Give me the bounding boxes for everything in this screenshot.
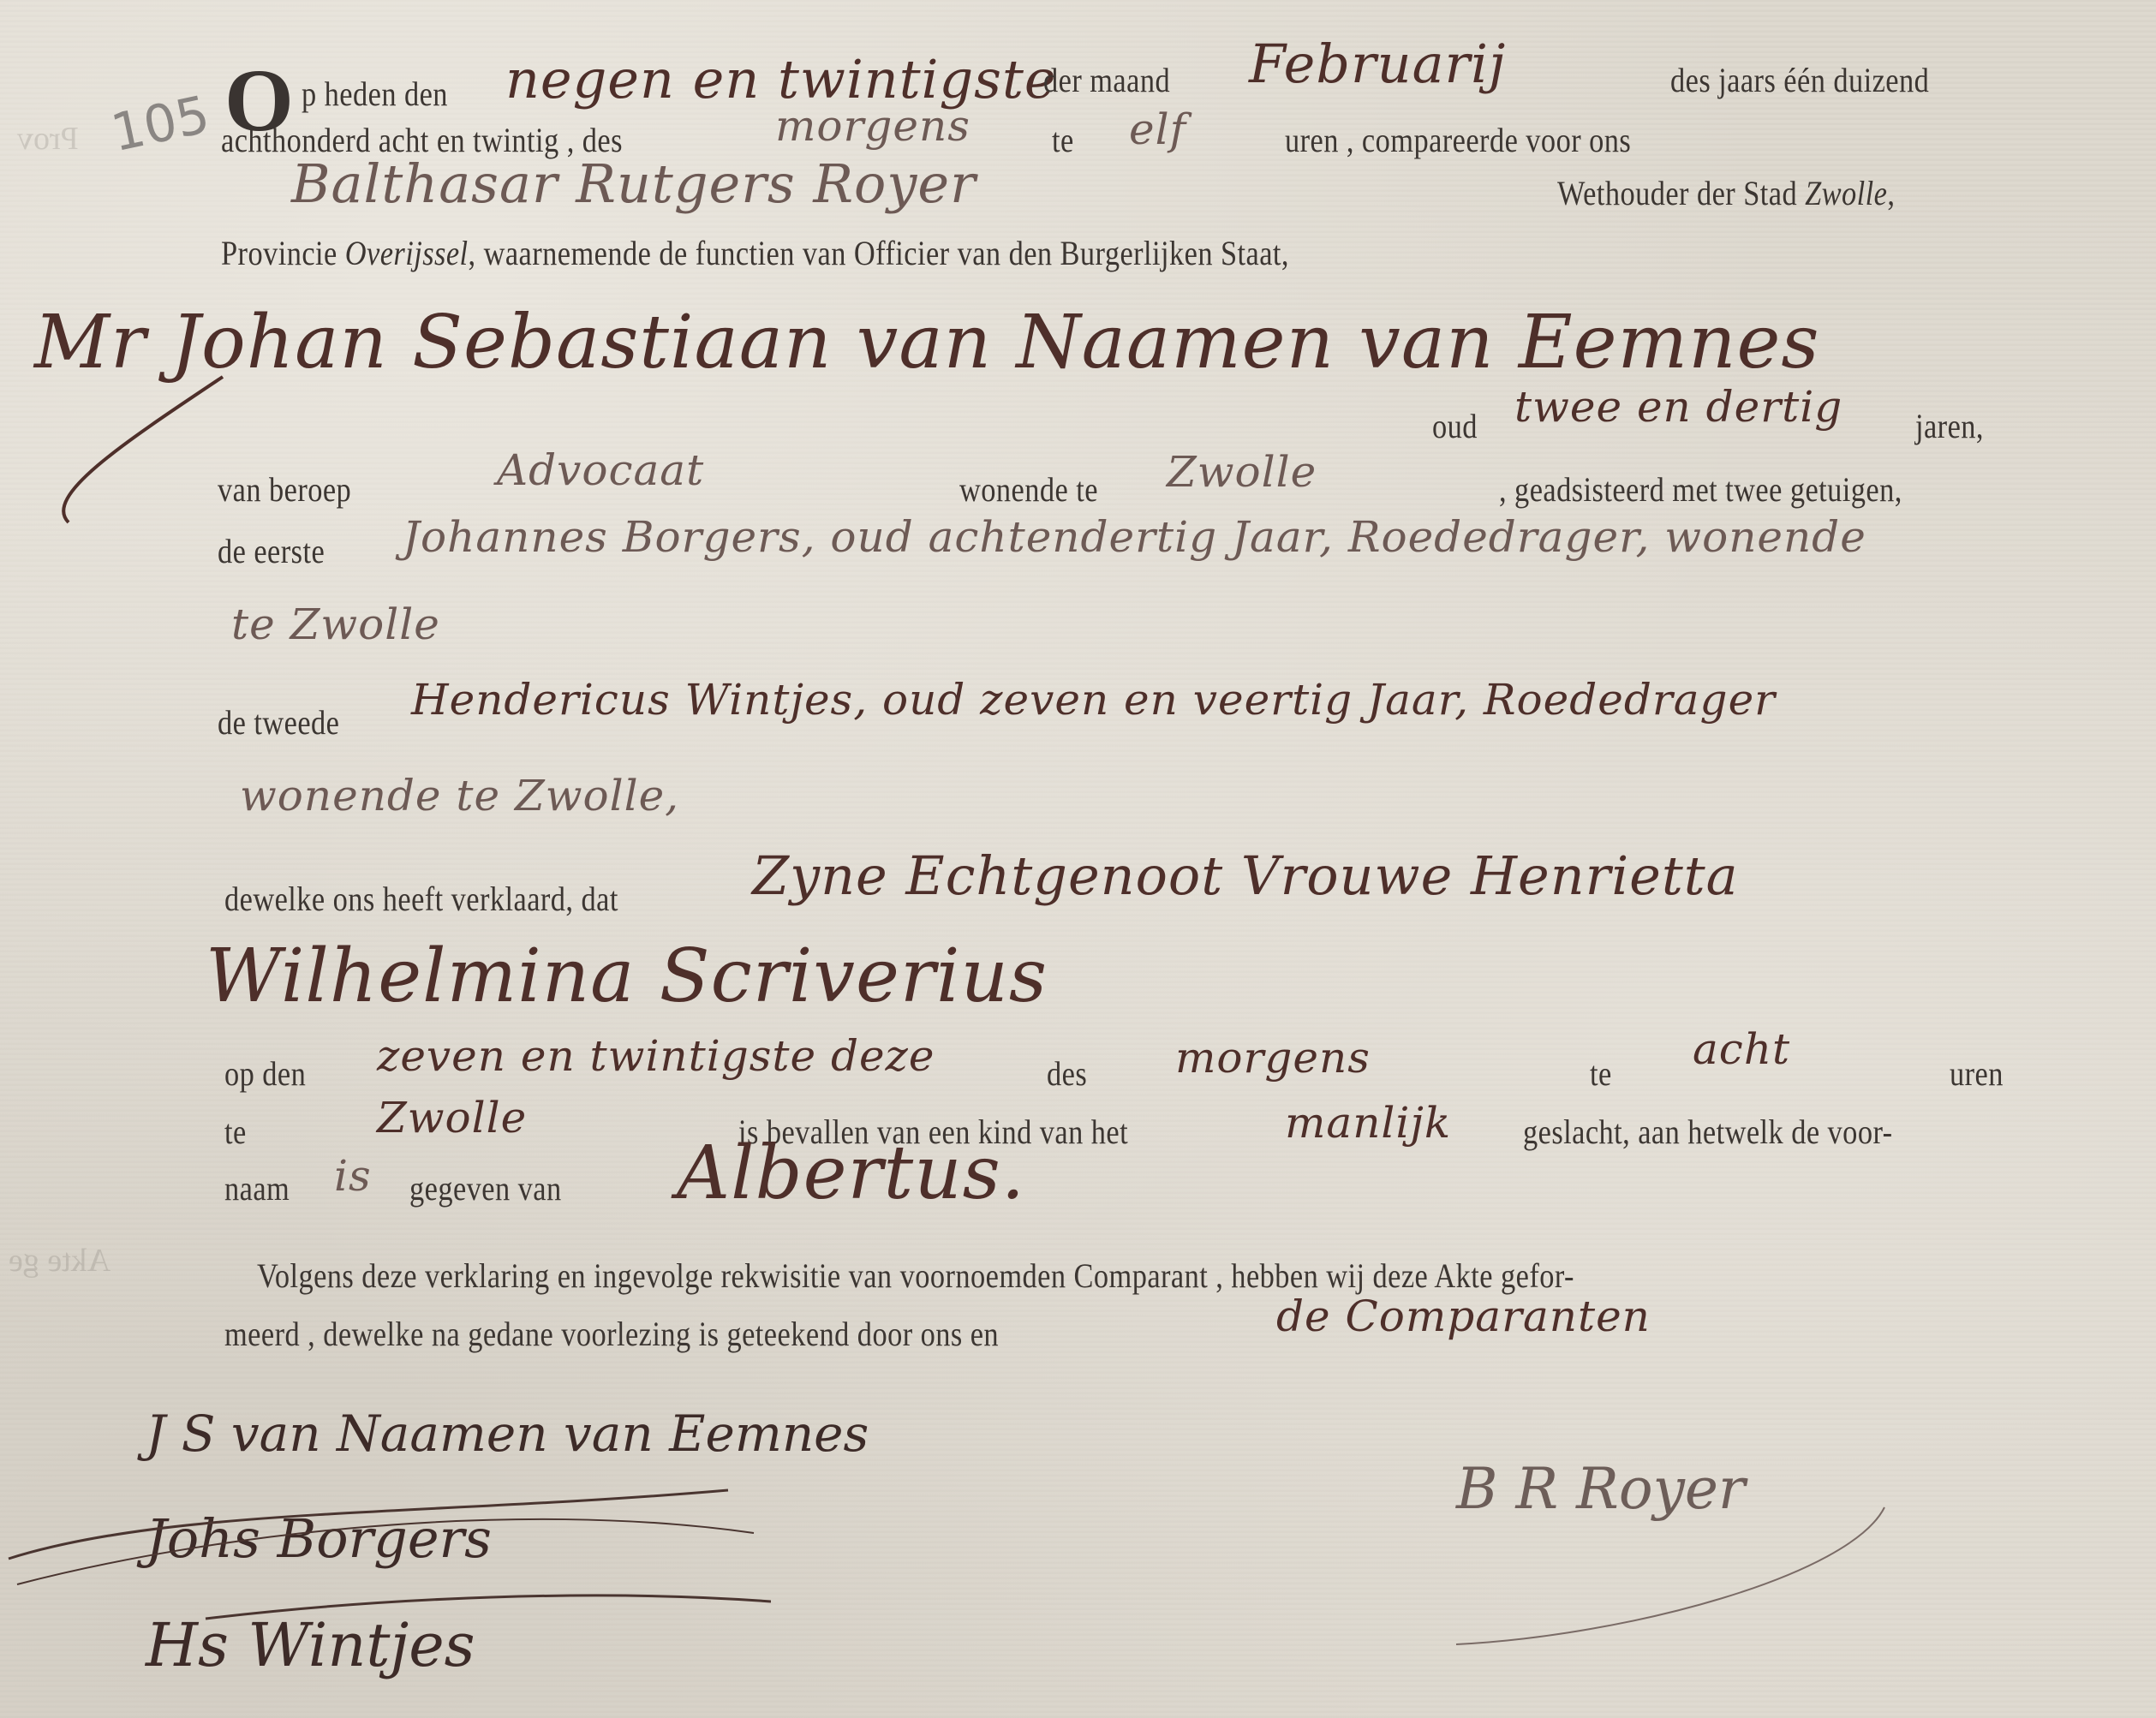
printed-text: , geadsisteerd met twee getuigen,	[1499, 469, 1902, 510]
printed-text: te	[224, 1112, 247, 1152]
handwritten-child-name: Albertus.	[677, 1130, 1025, 1216]
printed-text: te	[1590, 1053, 1612, 1094]
printed-text: op den	[224, 1053, 306, 1094]
printed-text: uren	[1950, 1053, 2004, 1094]
handwritten-age: twee en dertig	[1514, 382, 1842, 432]
handwritten-month: Februarij	[1249, 33, 1506, 95]
signature-witness-2: Hs Wintjes	[146, 1610, 475, 1680]
printed-text: van beroep	[218, 469, 351, 510]
handwritten-birth-day: zeven en twintigste deze	[377, 1031, 935, 1081]
printed-text: Volgens deze verklaring en ingevolge rek…	[257, 1256, 1574, 1296]
handwritten-birth-place: Zwolle	[377, 1093, 527, 1142]
signature-witness-1: Johs Borgers	[146, 1507, 492, 1570]
signature-officer: B R Royer	[1456, 1456, 1745, 1522]
handwritten-spouse: Zyne Echtgenoot Vrouwe Henrietta	[752, 844, 1739, 907]
handwritten-is: is	[334, 1151, 372, 1201]
handwritten-residence: Zwolle	[1167, 447, 1317, 497]
bleed-through-text: Prov	[17, 120, 79, 158]
handwritten-officer-name: Balthasar Rutgers Royer	[291, 152, 976, 215]
printed-text: jaren,	[1915, 406, 1984, 446]
printed-text: gegeven van	[409, 1168, 562, 1208]
handwritten-birth-time-of-day: morgens	[1175, 1033, 1371, 1083]
printed-text: dewelke ons heeft verklaard, dat	[224, 879, 618, 919]
printed-text: de tweede	[218, 702, 339, 743]
handwritten-occupation: Advocaat	[497, 445, 704, 495]
printed-text: wonende te	[959, 469, 1098, 510]
printed-text: des	[1047, 1053, 1087, 1094]
handwritten-mother-name: Wilhelmina Scriverius	[206, 934, 1048, 1019]
printed-text: naam	[224, 1168, 290, 1208]
handwritten-witness-2: Hendericus Wintjes, oud zeven en veertig…	[411, 675, 1776, 725]
handwritten-birth-hour: acht	[1693, 1024, 1790, 1074]
printed-text: Wethouder der Stad Zwolle,	[1557, 173, 1895, 213]
printed-text: meerd , dewelke na gedane voorlezing is …	[224, 1314, 999, 1354]
margin-note: 105	[106, 85, 215, 164]
handwritten-witness-1-residence: te Zwolle	[231, 600, 440, 649]
printed-text: des jaars één duizend	[1670, 60, 1929, 100]
handwritten-hour: elf	[1129, 104, 1186, 154]
signature-comparant: J S van Naamen van Eemnes	[146, 1405, 869, 1463]
handwritten-comparant-name: Mr Johan Sebastiaan van Naamen van Eemne…	[34, 300, 1820, 385]
handwritten-signers: de Comparanten	[1276, 1291, 1651, 1341]
printed-text: geslacht, aan hetwelk de voor-	[1523, 1112, 1893, 1152]
birth-record-page: Prov Akte ge 105 O p heden den negen en …	[0, 0, 2156, 1718]
handwritten-witness-1: Johannes Borgers, oud achtendertig Jaar,…	[403, 512, 1866, 562]
printed-text: de eerste	[218, 531, 325, 571]
handwritten-witness-2-residence: wonende te Zwolle,	[240, 771, 679, 820]
printed-text: p heden den	[302, 74, 448, 114]
printed-text: oud	[1432, 406, 1478, 446]
handwritten-time-of-day: morgens	[775, 101, 970, 151]
printed-text: te	[1052, 120, 1074, 160]
printed-text: Provincie Overijssel, waarnemende de fun…	[221, 233, 1289, 273]
bleed-through-text: Akte ge	[9, 1242, 110, 1280]
printed-text: uren , compareerde voor ons	[1285, 120, 1631, 160]
printed-text: der maand	[1043, 60, 1170, 100]
handwritten-sex: manlijk	[1285, 1098, 1451, 1148]
